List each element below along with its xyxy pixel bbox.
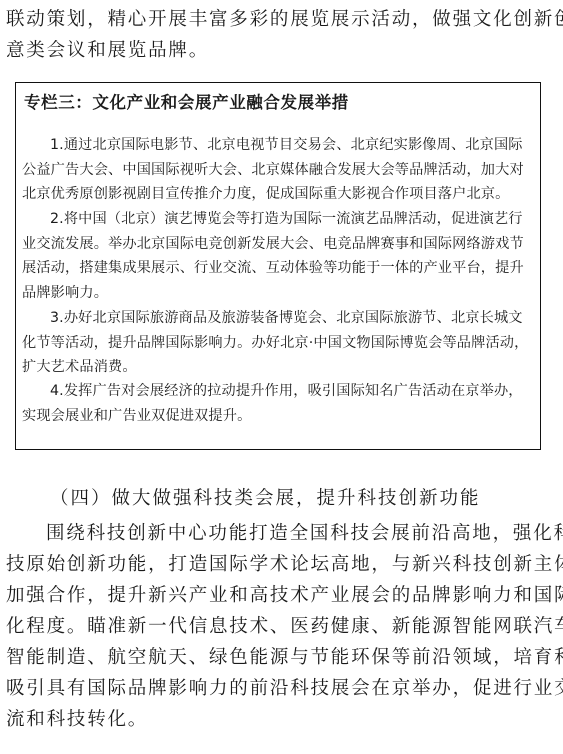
intro-paragraph: 联动策划，精心开展丰富多彩的展览展示活动，做强文化创新创 意类会议和展览品牌。 — [6, 4, 558, 66]
column-box: 专栏三：文化产业和会展产业融合发展举措 1.通过北京国际电影节、北京电视节目交易… — [15, 82, 541, 450]
column-item-3: 3.办好北京国际旅游商品及旅游装备博览会、北京国际旅游节、北京长城文 化节等活动… — [22, 306, 534, 380]
text-line: 2.将中国（北京）演艺博览会等打造为国际一流演艺品牌活动，促进演艺行 — [22, 207, 534, 232]
text-line: 联动策划，精心开展丰富多彩的展览展示活动，做强文化创新创 — [6, 4, 558, 35]
text-line: 公益广告大会、中国国际视听大会、北京媒体融合发展大会等品牌活动，加大对 — [22, 158, 534, 183]
column-item-4: 4.发挥广告对会展经济的拉动提升作用，吸引国际知名广告活动在京举办， 实现会展业… — [22, 379, 534, 428]
text-line: 加强合作，提升新兴产业和高技术产业展会的品牌影响力和国际 — [6, 580, 558, 611]
text-line: 品牌影响力。 — [22, 281, 534, 306]
text-line: 意类会议和展览品牌。 — [6, 35, 558, 66]
text-line: 扩大艺术品消费。 — [22, 355, 534, 380]
text-line: 4.发挥广告对会展经济的拉动提升作用，吸引国际知名广告活动在京举办， — [22, 379, 534, 404]
text-line: 化节等活动，提升品牌国际影响力。办好北京·中国文物国际博览会等品牌活动， — [22, 331, 534, 356]
text-line: 围绕科技创新中心功能打造全国科技会展前沿高地，强化科 — [6, 518, 558, 549]
column-item-1: 1.通过北京国际电影节、北京电视节目交易会、北京纪实影像周、北京国际 公益广告大… — [22, 133, 534, 207]
text-line: 北京优秀原创影视剧目宣传推介力度，促成国际重大影视合作项目落户北京。 — [22, 182, 534, 207]
text-line: 流和科技转化。 — [6, 704, 558, 735]
text-line: 技原始创新功能，打造国际学术论坛高地，与新兴科技创新主体 — [6, 549, 558, 580]
section-body-paragraph: 围绕科技创新中心功能打造全国科技会展前沿高地，强化科 技原始创新功能，打造国际学… — [6, 518, 558, 735]
column-item-2: 2.将中国（北京）演艺博览会等打造为国际一流演艺品牌活动，促进演艺行 业交流发展… — [22, 207, 534, 305]
text-line: 展活动，搭建集成果展示、行业交流、互动体验等功能于一体的产业平台，提升 — [22, 256, 534, 281]
column-box-title: 专栏三：文化产业和会展产业融合发展举措 — [24, 89, 349, 113]
text-line: 3.办好北京国际旅游商品及旅游装备博览会、北京国际旅游节、北京长城文 — [22, 306, 534, 331]
text-line: 1.通过北京国际电影节、北京电视节目交易会、北京纪实影像周、北京国际 — [22, 133, 534, 158]
text-line: 吸引具有国际品牌影响力的前沿科技展会在京举办，促进行业交 — [6, 673, 558, 704]
text-line: 业交流发展。举办北京国际电竞创新发展大会、电竞品牌赛事和国际网络游戏节 — [22, 232, 534, 257]
text-line: 实现会展业和广告业双促进双提升。 — [22, 404, 534, 429]
text-line: 智能制造、航空航天、绿色能源与节能环保等前沿领域，培育和 — [6, 642, 558, 673]
section-heading: （四）做大做强科技类会展，提升科技创新功能 — [50, 484, 481, 510]
text-line: 化程度。瞄准新一代信息技术、医药健康、新能源智能网联汽车、 — [6, 611, 558, 642]
